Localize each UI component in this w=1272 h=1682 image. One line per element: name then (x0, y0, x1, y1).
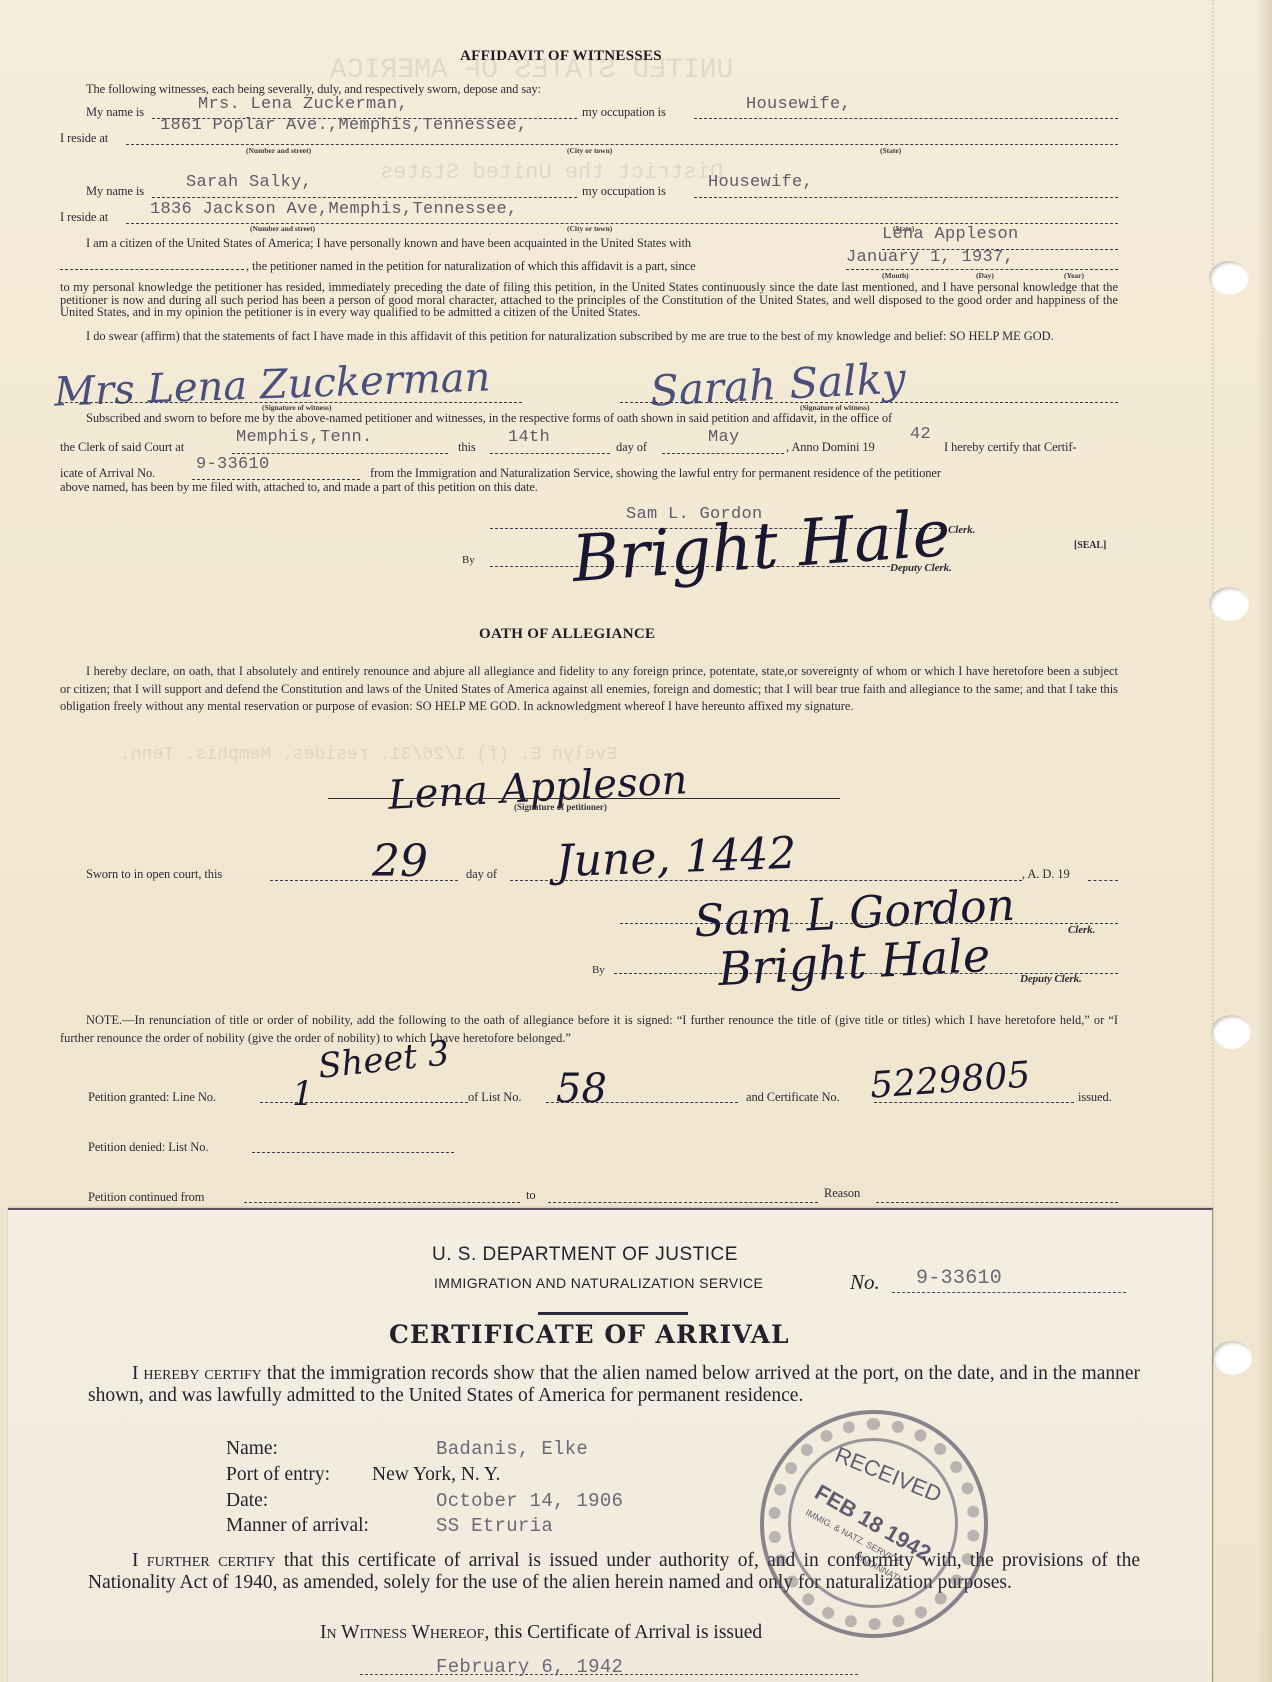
my-name-label: My name is (86, 105, 144, 120)
day-of-label: day of (466, 867, 497, 882)
field-port-value: New York, N. Y. (372, 1464, 500, 1486)
month-line (662, 453, 784, 454)
of-list-label: of List No. (468, 1090, 521, 1105)
number-street-caption: (Number and street) (250, 224, 315, 233)
my-name-label: My name is (86, 184, 144, 199)
reside-line (126, 144, 1118, 145)
swear-paragraph: I do swear (affirm) that the statements … (60, 330, 1118, 343)
reside-label: I reside at (60, 210, 108, 225)
received-stamp: RECEIVED FEB 18 1942 IMMIG. & NATZ. SERV… (760, 1410, 988, 1638)
number-street-caption: (Number and street) (246, 146, 311, 155)
oath-paragraph: I hereby declare, on oath, that I absolu… (60, 663, 1118, 716)
certificate-no-label: No. (850, 1270, 880, 1295)
punch-hole (1212, 1341, 1252, 1375)
from-ins-text: from the Immigration and Naturalization … (370, 466, 941, 481)
nobility-note: NOTE.—In renunciation of title or order … (60, 1011, 1118, 1047)
sworn-day: 29 (372, 836, 428, 887)
witness2-name: Sarah Salky, (186, 173, 312, 192)
witness-whereof-lead: In Witness Whereof (320, 1622, 484, 1643)
petitioner-signature-line (328, 798, 840, 799)
occupation-line (694, 118, 1118, 119)
continued-from-line (244, 1202, 520, 1203)
certificate-no-line (892, 1292, 1126, 1293)
occupation-label: my occupation is (582, 184, 666, 199)
sworn-label: Sworn to in open court, this (86, 867, 222, 882)
deputy-clerk-label: Deputy Clerk. (890, 562, 952, 574)
name-line (152, 197, 577, 198)
certificate-of-arrival: U. S. DEPARTMENT OF JUSTICE IMMIGRATION … (8, 1208, 1213, 1682)
day-of-label: day of (616, 440, 647, 455)
granted-list-no: 58 (556, 1066, 607, 1112)
arrival-number: 9-33610 (196, 455, 270, 474)
hereby-certify-lead: I hereby certify (132, 1363, 262, 1384)
certify-label: I hereby certify that Certif- (944, 440, 1076, 455)
anno-domini-label: , Anno Domini 19 (786, 440, 875, 455)
petitioner-statement: , the petitioner named in the petition f… (246, 259, 696, 274)
denied-list-line (252, 1152, 454, 1153)
continued-to-line (548, 1202, 818, 1203)
this-label: this (458, 440, 476, 455)
petitioner-signature-caption: (Signature of petitioner) (514, 802, 607, 812)
certificate-number: 9-33610 (916, 1267, 1002, 1290)
day-caption: (Day) (976, 271, 994, 280)
occupation-label: my occupation is (582, 105, 666, 120)
witness2-occupation: Housewife, (708, 173, 813, 192)
sworn-month-year: June, 1442 (555, 828, 797, 887)
ad-label: , A. D. 19 (1022, 867, 1070, 882)
bleed-through-text: District the United States (380, 160, 723, 185)
subscribed-day: 14th (508, 428, 550, 447)
title-rule (538, 1312, 688, 1315)
reside-label: I reside at (60, 131, 108, 146)
ad-year-line (1088, 880, 1118, 881)
bleed-through-text: Evelyn E. (f) 1/26/31. resides. Memphis.… (120, 745, 617, 765)
granted-certificate-no: 5229805 (869, 1054, 1032, 1106)
punch-hole (1211, 1015, 1251, 1049)
clerk-label: Clerk. (1068, 924, 1095, 936)
petitioner-line (60, 269, 244, 270)
witness-whereof-text: , this Certificate of Arrival is issued (484, 1622, 762, 1643)
witness2-address: 1836 Jackson Ave,Memphis,Tennessee, (150, 200, 518, 219)
field-name-value: Badanis, Elke (436, 1438, 588, 1460)
above-named-text: above named, has been by me filed with, … (60, 480, 538, 495)
day-line (490, 453, 610, 454)
perforation-line (1212, 0, 1216, 1360)
subscribed-statement: Subscribed and sworn to before me by the… (86, 411, 892, 426)
reason-line (876, 1202, 1118, 1203)
issued-date: February 6, 1942 (436, 1656, 623, 1678)
court-place: Memphis,Tenn. (236, 428, 373, 447)
punch-hole (1209, 587, 1249, 621)
since-date: January 1, 1937, (846, 248, 1014, 267)
since-date-line (846, 269, 1118, 270)
icate-label: icate of Arrival No. (60, 466, 155, 481)
issued-label: issued. (1078, 1090, 1112, 1105)
petitioner-name: Lena Appleson (882, 225, 1019, 244)
oath-title: OATH OF ALLEGIANCE (479, 626, 655, 643)
continued-to-label: to (526, 1188, 536, 1203)
city-caption: (City or town) (567, 146, 612, 155)
witness-whereof-line: In Witness Whereof, this Certificate of … (320, 1622, 762, 1644)
field-manner-value: SS Etruria (436, 1515, 553, 1537)
clerk-court-label: the Clerk of said Court at (60, 440, 184, 455)
clerk-signature-line (620, 923, 1118, 924)
occupation-line (694, 197, 1118, 198)
denied-label: Petition denied: List No. (88, 1140, 208, 1155)
punch-hole (1209, 261, 1249, 295)
further-certify-lead: I further certify (132, 1550, 276, 1571)
court-place-line (232, 453, 448, 454)
subscribed-month: May (708, 428, 740, 447)
witness1-address: 1861 Poplar Ave.,Memphis,Tennessee, (160, 116, 528, 135)
by-label: By (592, 964, 605, 976)
knowledge-paragraph: to my personal knowledge the petitioner … (60, 281, 1118, 319)
department-name: U. S. DEPARTMENT OF JUSTICE (432, 1244, 738, 1266)
citizen-statement: I am a citizen of the United States of A… (86, 236, 691, 251)
hereby-certify-paragraph: I hereby certify that the immigration re… (88, 1363, 1140, 1407)
subscribed-year: 42 (910, 425, 931, 444)
service-name: IMMIGRATION AND NATURALIZATION SERVICE (434, 1275, 763, 1291)
witness1-name: Mrs. Lena Zuckerman, (198, 95, 408, 114)
field-manner-label: Manner of arrival: (226, 1515, 369, 1537)
field-port-label: Port of entry: (226, 1464, 330, 1486)
sworn-day-line (270, 880, 458, 881)
continued-label: Petition continued from (88, 1190, 204, 1205)
by-label: By (462, 554, 475, 566)
field-date-value: October 14, 1906 (436, 1490, 623, 1512)
city-caption: (City or town) (567, 224, 612, 233)
seal-label: [SEAL] (1074, 540, 1106, 551)
page-edge (1256, 0, 1272, 1682)
year-caption: (Year) (1064, 271, 1084, 280)
reason-label: Reason (824, 1186, 860, 1201)
naturalization-petition-page: UNITED STATES OF AMERICA District the Un… (0, 0, 1272, 1682)
state-caption: (State) (880, 146, 901, 155)
granted-label: Petition granted: Line No. (88, 1090, 216, 1105)
clerk-label: Clerk. (948, 524, 975, 536)
witness1-occupation: Housewife, (746, 95, 851, 114)
deputy-clerk-label: Deputy Clerk. (1020, 973, 1082, 985)
field-date-label: Date: (226, 1490, 268, 1512)
certificate-title: CERTIFICATE OF ARRIVAL (389, 1320, 790, 1349)
month-caption: (Month) (882, 271, 909, 280)
granted-line-no: 1 (292, 1074, 314, 1114)
field-name-label: Name: (226, 1438, 278, 1460)
affidavit-title: AFFIDAVIT OF WITNESSES (460, 48, 662, 65)
certificate-no-label: and Certificate No. (746, 1090, 840, 1105)
